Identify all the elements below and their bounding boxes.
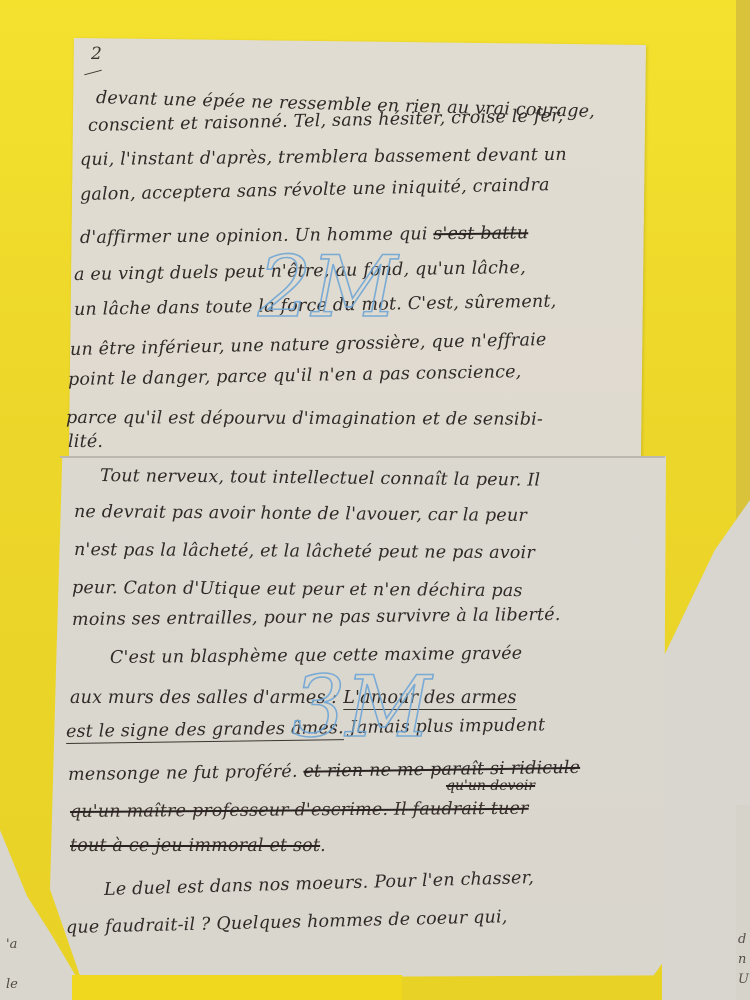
manuscript-line-struck: qu'un maître professeur d'escrime. Il fa… bbox=[70, 799, 529, 822]
manuscript-line: parce qu'il est dépourvu d'imagination e… bbox=[66, 408, 543, 430]
manuscript-line: moins ses entrailles, pour ne pas surviv… bbox=[72, 605, 561, 630]
manuscript-line-struck: tout à ce jeu immoral et sot. bbox=[70, 836, 326, 856]
manuscript-line: point le danger, parce qu'il n'en a pas … bbox=[68, 362, 522, 390]
blue-pencil-annotation: 2M bbox=[258, 245, 397, 329]
struck-text: s'est battu bbox=[433, 223, 528, 244]
blue-pencil-annotation: 3M bbox=[292, 665, 431, 749]
manuscript-line: ne devrait pas avoir honte de l'avouer, … bbox=[74, 502, 527, 526]
page-number-underline bbox=[84, 70, 102, 76]
insertion-above-line: qu'un devoir bbox=[446, 778, 535, 794]
manuscript-line: peur. Caton d'Utique eut peur et n'en dé… bbox=[72, 578, 523, 601]
manuscript-line: lité. bbox=[68, 432, 103, 452]
struck-text: et rien ne me paraît si ridicule bbox=[303, 758, 580, 782]
page-number: 2 bbox=[91, 44, 102, 64]
manuscript-line: que faudrait-il ? Quelques hommes de coe… bbox=[66, 907, 508, 938]
manuscript-line: qui, l'instant d'après, tremblera bassem… bbox=[80, 145, 567, 170]
manuscript-line: conscient et raisonné. Tel, sans hésiter… bbox=[88, 106, 564, 136]
manuscript-line: n'est pas la lâcheté, et la lâcheté peut… bbox=[74, 540, 535, 563]
manuscript-line: galon, acceptera sans révolte une iniqui… bbox=[80, 175, 550, 205]
manuscript-text: 2 devant une épée ne ressemble en rien a… bbox=[0, 0, 750, 1000]
manuscript-line: Tout nerveux, tout intellectuel connaît … bbox=[100, 466, 540, 491]
manuscript-line: Le duel est dans nos moeurs. Pour l'en c… bbox=[104, 868, 535, 900]
